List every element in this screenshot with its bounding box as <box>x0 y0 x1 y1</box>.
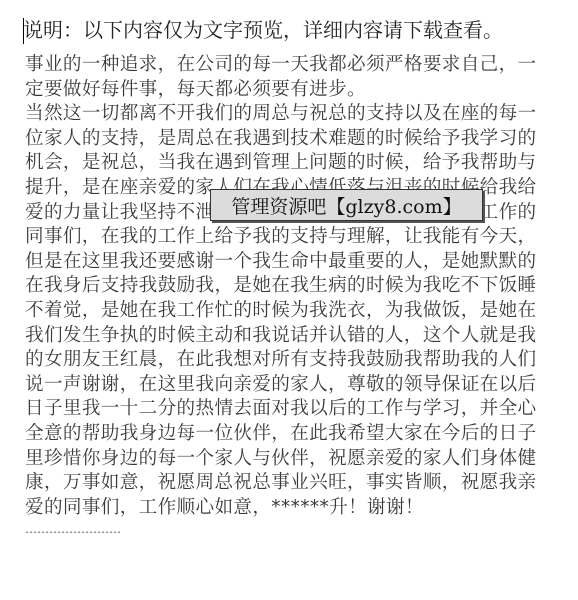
text-line: 当然这一切都离不开我们的周总与祝总的支持以及在座的每一 <box>25 102 565 127</box>
watermark-banner: 管理资源吧【glzy8.com】 <box>210 189 483 221</box>
text-line: 定要做好每件事，每天都必须要有进步。 <box>25 78 565 103</box>
document-body: 事业的一种追求，在公司的每一天我都必须严格要求自己，一 定要做好每件事，每天都必… <box>25 53 565 536</box>
text-line: 位家人的支持，是周总在我遇到技术难题的时候给予我学习的 <box>25 127 565 152</box>
text-line: 的女朋友王红晨，在此我想对所有支持我鼓励我帮助我的人们 <box>25 348 565 373</box>
text-line: 爱的同事们，工作顺心如意，******升！谢谢！ <box>25 496 565 521</box>
text-line: 在我身后支持我鼓励我，是她在我生病的时候为我吃不下饭睡 <box>25 274 565 299</box>
text-line: 但是在这里我还要感谢一个我生命中最重要的人，是她默默的 <box>25 250 565 275</box>
text-line: 同事们，在我的工作上给予我的支持与理解，让我能有今天， <box>25 225 565 250</box>
trailing-dots: …………………… <box>25 522 565 536</box>
text-line: 说一声谢谢，在这里我向亲爱的家人，尊敬的领导保证在以后 <box>25 373 565 398</box>
text-line: 事业的一种追求，在公司的每一天我都必须严格要求自己，一 <box>25 53 565 78</box>
text-line: 日子里我一十二分的热情去面对我以后的工作与学习，并全心 <box>25 397 565 422</box>
text-line: 全意的帮助我身边每一位伙伴，在此我希望大家在今后的日子 <box>25 422 565 447</box>
preview-notice: 说明：以下内容仅为文字预览，详细内容请下载查看。 <box>23 16 503 44</box>
text-line: 不着觉，是她在我工作忙的时候为我洗衣，为我做饭，是她在 <box>25 299 565 324</box>
text-line: 我们发生争执的时候主动和我说话并认错的人，这个人就是我 <box>25 324 565 349</box>
text-line: 里珍惜你身边的每一个家人与伙伴，祝愿亲爱的家人们身体健 <box>25 447 565 472</box>
text-line: 康，万事如意，祝愿周总祝总事业兴旺，事实皆顺，祝愿我亲 <box>25 471 565 496</box>
text-line: 机会，是祝总，当我在遇到管理上问题的时候，给予我帮助与 <box>25 151 565 176</box>
